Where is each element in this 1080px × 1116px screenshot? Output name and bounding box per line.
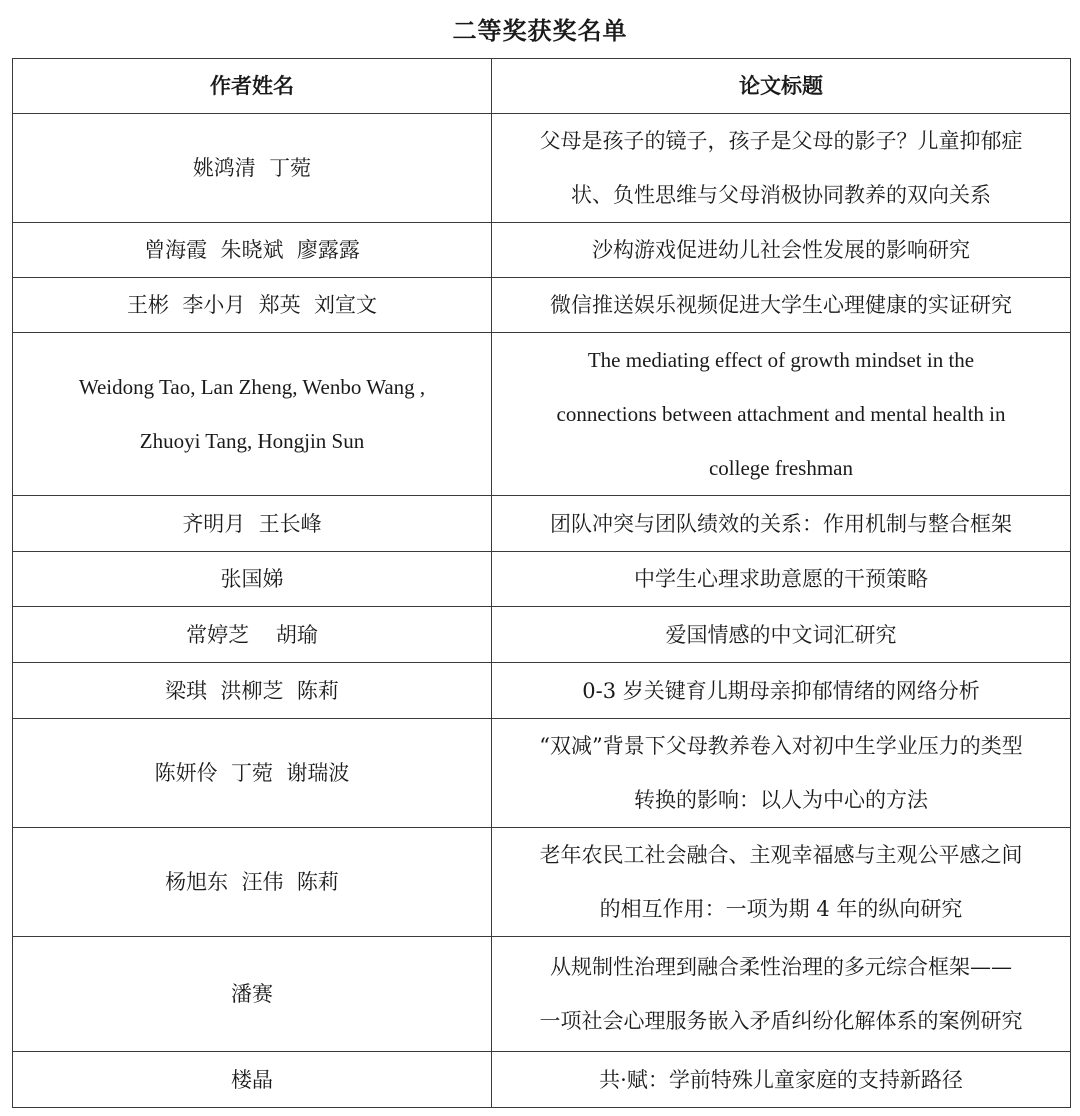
author-cell: 梁琪 洪柳芝 陈莉	[13, 663, 492, 719]
author-cell: Weidong Tao, Lan Zheng, Wenbo Wang ,Zhuo…	[13, 333, 492, 496]
paper-title-cell: 0-3 岁关键育儿期母亲抑郁情绪的网络分析	[492, 663, 1071, 719]
author-names: 姚鸿清 丁菀	[193, 156, 311, 180]
author-names: 常婷芝 胡瑜	[186, 623, 318, 647]
paper-title-line: 从规制性治理到融合柔性治理的多元综合框架——	[502, 940, 1060, 994]
table-row: 楼晶共·赋：学前特殊儿童家庭的支持新路径	[13, 1052, 1071, 1108]
author-cell: 杨旭东 汪伟 陈莉	[13, 828, 492, 937]
table-row: 常婷芝 胡瑜爱国情感的中文词汇研究	[13, 607, 1071, 663]
document-title: 二等奖获奖名单	[0, 14, 1080, 48]
paper-title-line: 转换的影响：以人为中心的方法	[502, 773, 1060, 827]
paper-title-line: 沙构游戏促进幼儿社会性发展的影响研究	[502, 223, 1060, 277]
paper-title-line: 团队冲突与团队绩效的关系：作用机制与整合框架	[502, 497, 1060, 551]
paper-title-cell: 爱国情感的中文词汇研究	[492, 607, 1071, 663]
paper-title-line: 0-3 岁关键育儿期母亲抑郁情绪的网络分析	[502, 664, 1060, 718]
paper-title-line: connections between attachment and menta…	[502, 387, 1060, 441]
award-list-table: 作者姓名 论文标题 姚鸿清 丁菀父母是孩子的镜子，孩子是父母的影子？儿童抑郁症状…	[12, 58, 1071, 1108]
author-line: Zhuoyi Tang, Hongjin Sun	[23, 414, 481, 468]
table-header-row: 作者姓名 论文标题	[13, 59, 1071, 114]
table-row: 杨旭东 汪伟 陈莉老年农民工社会融合、主观幸福感与主观公平感之间的相互作用：一项…	[13, 828, 1071, 937]
author-names: 楼晶	[231, 1068, 273, 1092]
paper-title-line: 一项社会心理服务嵌入矛盾纠纷化解体系的案例研究	[502, 994, 1060, 1048]
author-cell: 楼晶	[13, 1052, 492, 1108]
author-names: 潘赛	[231, 982, 273, 1006]
paper-title-line: The mediating effect of growth mindset i…	[502, 333, 1060, 387]
table-row: 陈妍伶 丁菀 谢瑞波“双减”背景下父母教养卷入对初中生学业压力的类型转换的影响：…	[13, 719, 1071, 828]
table-row: 梁琪 洪柳芝 陈莉0-3 岁关键育儿期母亲抑郁情绪的网络分析	[13, 663, 1071, 719]
author-names: 梁琪 洪柳芝 陈莉	[165, 679, 339, 703]
author-cell: 齐明月 王长峰	[13, 496, 492, 552]
table-row: 王彬 李小月 郑英 刘宣文微信推送娱乐视频促进大学生心理健康的实证研究	[13, 278, 1071, 333]
author-names: 陈妍伶 丁菀 谢瑞波	[155, 761, 350, 785]
author-cell: 常婷芝 胡瑜	[13, 607, 492, 663]
table-row: Weidong Tao, Lan Zheng, Wenbo Wang ,Zhuo…	[13, 333, 1071, 496]
paper-title-line: 爱国情感的中文词汇研究	[502, 608, 1060, 662]
paper-title-cell: 沙构游戏促进幼儿社会性发展的影响研究	[492, 223, 1071, 278]
author-cell: 潘赛	[13, 937, 492, 1052]
author-cell: 姚鸿清 丁菀	[13, 114, 492, 223]
author-names: 王彬 李小月 郑英 刘宣文	[127, 293, 377, 317]
table-row: 姚鸿清 丁菀父母是孩子的镜子，孩子是父母的影子？儿童抑郁症状、负性思维与父母消极…	[13, 114, 1071, 223]
paper-title-cell: 父母是孩子的镜子，孩子是父母的影子？儿童抑郁症状、负性思维与父母消极协同教养的双…	[492, 114, 1071, 223]
paper-title-line: 中学生心理求助意愿的干预策略	[502, 552, 1060, 606]
paper-title-line: 的相互作用：一项为期 4 年的纵向研究	[502, 882, 1060, 936]
paper-title-cell: 共·赋：学前特殊儿童家庭的支持新路径	[492, 1052, 1071, 1108]
table-row: 潘赛从规制性治理到融合柔性治理的多元综合框架——一项社会心理服务嵌入矛盾纠纷化解…	[13, 937, 1071, 1052]
paper-title-line: “双减”背景下父母教养卷入对初中生学业压力的类型	[502, 719, 1060, 773]
author-line: Weidong Tao, Lan Zheng, Wenbo Wang ,	[23, 360, 481, 414]
table-row: 曾海霞 朱晓斌 廖露露沙构游戏促进幼儿社会性发展的影响研究	[13, 223, 1071, 278]
paper-title-line: 微信推送娱乐视频促进大学生心理健康的实证研究	[502, 278, 1060, 332]
paper-title-cell: 微信推送娱乐视频促进大学生心理健康的实证研究	[492, 278, 1071, 333]
table-body: 姚鸿清 丁菀父母是孩子的镜子，孩子是父母的影子？儿童抑郁症状、负性思维与父母消极…	[13, 114, 1071, 1108]
paper-title-line: 老年农民工社会融合、主观幸福感与主观公平感之间	[502, 828, 1060, 882]
paper-title-cell: The mediating effect of growth mindset i…	[492, 333, 1071, 496]
paper-title-cell: 老年农民工社会融合、主观幸福感与主观公平感之间的相互作用：一项为期 4 年的纵向…	[492, 828, 1071, 937]
header-paper-title: 论文标题	[492, 59, 1071, 114]
paper-title-cell: “双减”背景下父母教养卷入对初中生学业压力的类型转换的影响：以人为中心的方法	[492, 719, 1071, 828]
author-cell: 张国娣	[13, 552, 492, 607]
author-cell: 陈妍伶 丁菀 谢瑞波	[13, 719, 492, 828]
author-names: 齐明月 王长峰	[182, 512, 321, 536]
author-cell: 曾海霞 朱晓斌 廖露露	[13, 223, 492, 278]
paper-title-line: 状、负性思维与父母消极协同教养的双向关系	[502, 168, 1060, 222]
paper-title-cell: 团队冲突与团队绩效的关系：作用机制与整合框架	[492, 496, 1071, 552]
table-row: 齐明月 王长峰团队冲突与团队绩效的关系：作用机制与整合框架	[13, 496, 1071, 552]
paper-title-line: 父母是孩子的镜子，孩子是父母的影子？儿童抑郁症	[502, 114, 1060, 168]
paper-title-line: college freshman	[502, 441, 1060, 495]
header-author-name: 作者姓名	[13, 59, 492, 114]
author-names: 曾海霞 朱晓斌 廖露露	[144, 238, 360, 262]
author-names: 杨旭东 汪伟 陈莉	[165, 870, 339, 894]
paper-title-line: 共·赋：学前特殊儿童家庭的支持新路径	[502, 1053, 1060, 1107]
author-cell: 王彬 李小月 郑英 刘宣文	[13, 278, 492, 333]
paper-title-cell: 中学生心理求助意愿的干预策略	[492, 552, 1071, 607]
table-row: 张国娣中学生心理求助意愿的干预策略	[13, 552, 1071, 607]
paper-title-cell: 从规制性治理到融合柔性治理的多元综合框架——一项社会心理服务嵌入矛盾纠纷化解体系…	[492, 937, 1071, 1052]
author-names: 张国娣	[221, 567, 284, 591]
